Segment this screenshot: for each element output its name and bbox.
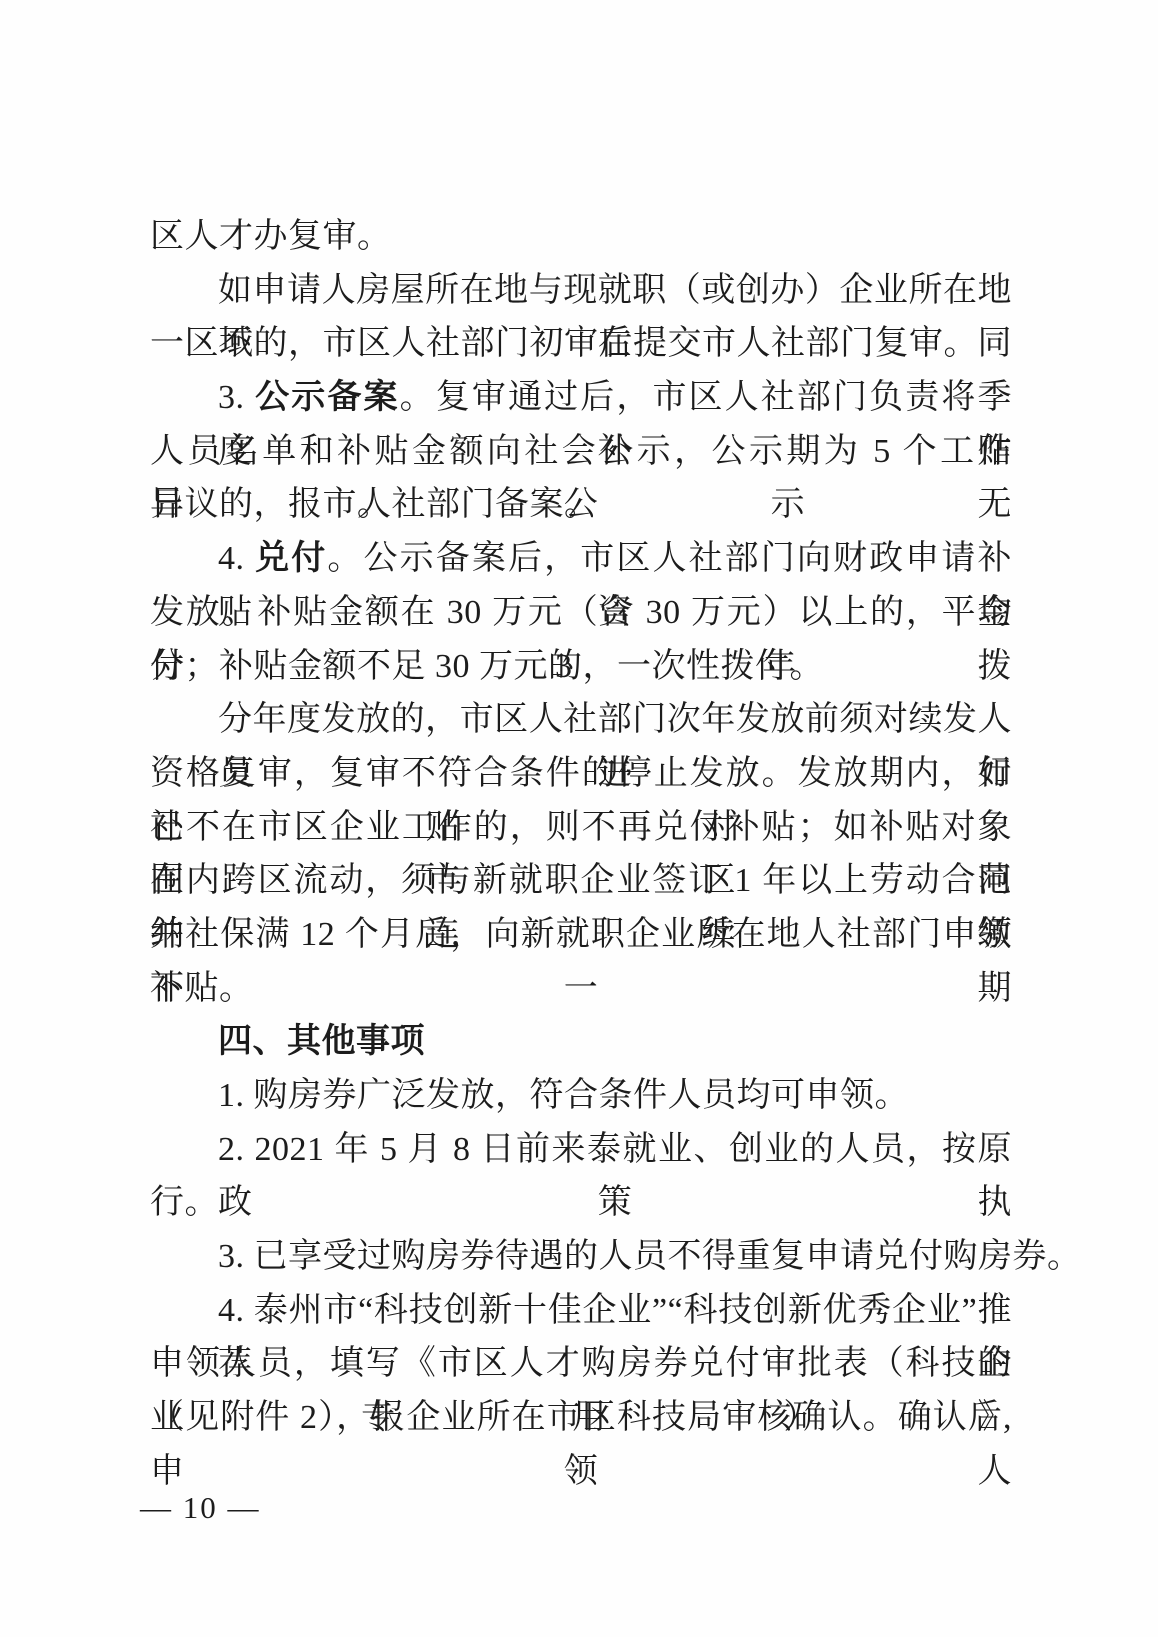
document-page: 区人才办复审。如申请人房屋所在地与现就职（或创办）企业所在地不在同一区域的，市区… <box>0 0 1158 1637</box>
text-run: 异议的，报市人社部门备案。 <box>150 486 599 523</box>
para-annual-payment-5: 纳社保满 12 个月后，向新就职企业所在地人社部门申领下一期 <box>150 908 1012 962</box>
item-4-payment-2: 发放。补贴金额在 30 万元（含 30 万元）以上的，平均分 3 年拨 <box>150 586 1012 640</box>
page-number: — 10 — <box>140 1490 261 1526</box>
other-item-4-line-3: （见附件 2），报企业所在市区科技局审核确认。确认后,申领人 <box>150 1391 1012 1445</box>
para-review-end: 区人才办复审。 <box>150 210 1012 264</box>
item-4-payment-1: 4. 兑付。公示备案后，市区人社部门向财政申请补贴资金 <box>150 532 1012 586</box>
para-cross-district-2: 一区域的，市区人社部门初审后提交市人社部门复审。 <box>150 317 1012 371</box>
para-annual-payment-4: 围内跨区流动，须与新就职企业签订 1 年以上劳动合同并连续缴 <box>150 854 1012 908</box>
para-annual-payment-2: 资格复审，复审不符合条件的停止发放。发放期内，如补贴对象 <box>150 747 1012 801</box>
other-item-4-line-2: 申领人员，填写《市区人才购房券兑付审批表（科技企业专用）》 <box>150 1337 1012 1391</box>
text-run: 1. 购房券广泛发放，符合条件人员均可申领。 <box>218 1077 909 1114</box>
other-item-2-line-1: 2. 2021 年 5 月 8 日前来泰就业、创业的人员，按原政策执 <box>150 1123 1012 1177</box>
text-run: 四、其他事项 <box>218 1023 425 1060</box>
document-lines: 区人才办复审。如申请人房屋所在地与现就职（或创办）企业所在地不在同一区域的，市区… <box>150 210 1012 1445</box>
other-item-1: 1. 购房券广泛发放，符合条件人员均可申领。 <box>150 1069 1012 1123</box>
para-cross-district-1: 如申请人房屋所在地与现就职（或创办）企业所在地不在同 <box>150 264 1012 318</box>
text-run: （见附件 2），报企业所在市区科技局审核确认。确认后,申领人 <box>150 1399 1012 1490</box>
bold-term: 公示备案 <box>255 379 399 416</box>
text-run: 3. <box>218 379 255 416</box>
other-item-4-line-1: 4. 泰州市“科技创新十佳企业”“科技创新优秀企业”推荐的 <box>150 1284 1012 1338</box>
item-3-publicity-2: 人员名单和补贴金额向社会公示，公示期为 5 个工作日。公示无 <box>150 425 1012 479</box>
text-run: 区人才办复审。 <box>150 218 392 255</box>
other-item-3: 3. 已享受过购房券待遇的人员不得重复申请兑付购房券。 <box>150 1230 1012 1284</box>
text-run: 付；补贴金额不足 30 万元的，一次性拨付。 <box>150 648 824 685</box>
para-annual-payment-1: 分年度发放的，市区人社部门次年发放前须对续发人员进行 <box>150 693 1012 747</box>
bold-term: 兑付 <box>255 540 327 577</box>
text-run: 2. 2021 年 5 月 8 日前来泰就业、创业的人员，按原政策执 <box>218 1131 1012 1222</box>
text-run: 行。 <box>150 1184 219 1221</box>
text-run: 纳社保满 12 个月后，向新就职企业所在地人社部门申领下一期 <box>150 916 1012 1007</box>
para-annual-payment-3: 已不在市区企业工作的，则不再兑付补贴；如补贴对象在市区范 <box>150 801 1012 855</box>
text-run: 一区域的，市区人社部门初审后提交市人社部门复审。 <box>150 325 978 362</box>
text-run: 4. <box>218 540 255 577</box>
heading-section-4: 四、其他事项 <box>150 1015 1012 1069</box>
text-run: 3. 已享受过购房券待遇的人员不得重复申请兑付购房券。 <box>218 1238 1082 1275</box>
item-3-publicity-1: 3. 公示备案。复审通过后，市区人社部门负责将季度补贴 <box>150 371 1012 425</box>
text-run: 补贴。 <box>150 970 254 1007</box>
